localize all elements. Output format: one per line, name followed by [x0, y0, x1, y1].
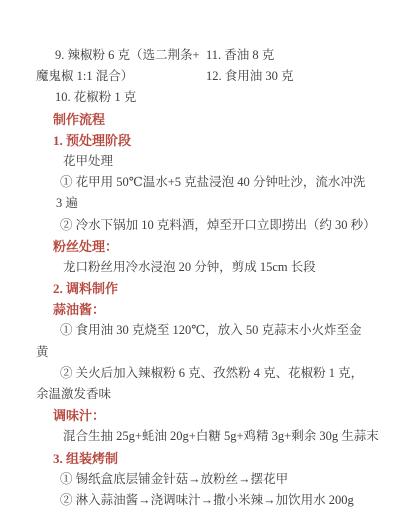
wrapped-text-line: 黄 [0, 342, 400, 363]
ingredient-line-right-column: 11. 香油 8 克 [206, 45, 274, 66]
ingredient-line-right-column: 12. 食用油 30 克 [206, 66, 294, 87]
wrapped-text-line: 余温激发香味 [0, 384, 400, 405]
step-line: ② 冷水下锅加 10 克料酒，焯至开口立即捞出（约 30 秒） [0, 215, 400, 236]
document-body: 9. 辣椒粉 6 克（选二荆条+11. 香油 8 克魔鬼椒 1:1 混合）12.… [0, 0, 400, 510]
section-heading: 调味汁： [0, 405, 400, 426]
section-heading: 粉丝处理： [0, 236, 400, 257]
section-heading: 蒜油酱： [0, 299, 400, 320]
section-heading: 1. 预处理阶段 [0, 130, 400, 151]
wrapped-text-line: 3 遍 [0, 193, 400, 214]
section-heading: 3. 组装烤制 [0, 448, 400, 469]
step-line: ② 关火后加入辣椒粉 6 克、孜然粉 4 克、花椒粉 1 克， [0, 363, 400, 384]
ingredient-line: 10. 花椒粉 1 克 [0, 87, 400, 108]
recipe-document-page: 9. 辣椒粉 6 克（选二荆条+11. 香油 8 克魔鬼椒 1:1 混合）12.… [0, 0, 400, 510]
section-heading: 制作流程 [0, 109, 400, 130]
section-heading: 2. 调料制作 [0, 278, 400, 299]
ingredient-line: 9. 辣椒粉 6 克（选二荆条+11. 香油 8 克 [0, 45, 400, 66]
step-line: ① 锡纸盒底层铺金针菇→放粉丝→摆花甲 [0, 469, 400, 490]
step-line: ① 花甲用 50℃温水+5 克盐浸泡 40 分钟吐沙，流水冲洗 [0, 172, 400, 193]
wrapped-text-line: 魔鬼椒 1:1 混合）12. 食用油 30 克 [0, 66, 400, 87]
paragraph-line: 龙口粉丝用冷水浸泡 20 分钟，剪成 15cm 长段 [0, 257, 400, 278]
step-line: ② 淋入蒜油酱→浇调味汁→撒小米辣→加饮用水 200g [0, 490, 400, 510]
step-line: ① 食用油 30 克烧至 120℃，放入 50 克蒜末小火炸至金 [0, 320, 400, 341]
paragraph-line: 花甲处理 [0, 151, 400, 172]
paragraph-line: 混合生抽 25g+蚝油 20g+白糖 5g+鸡精 3g+剩余 30g 生蒜末 [0, 426, 400, 447]
